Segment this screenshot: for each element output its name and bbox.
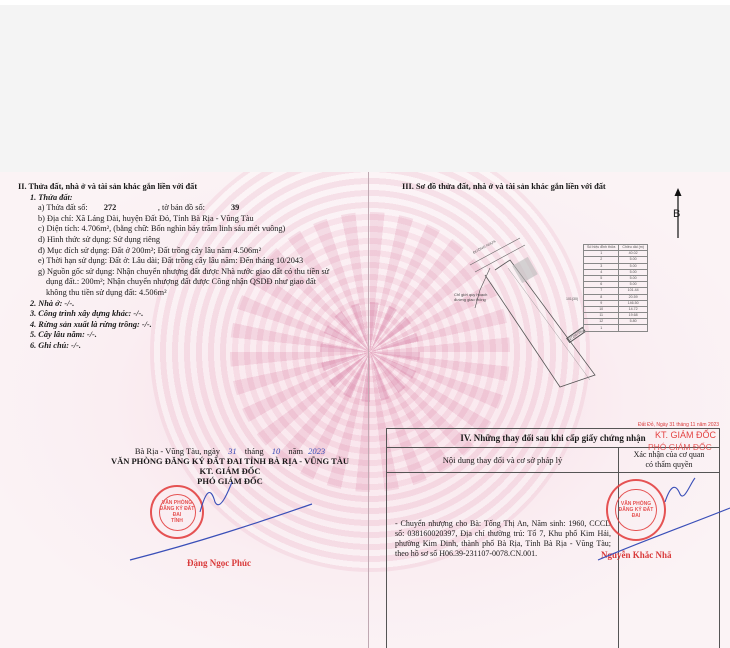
parcel-number: 272: [90, 203, 156, 214]
stamp-inner: VĂN PHÒNG ĐĂNG KÝ ĐẤT ĐAI TỈNH: [159, 494, 196, 531]
change-entry-cell: - Chuyển nhượng cho Bà: Tống Thị An, Năm…: [387, 473, 619, 648]
left-red-stamp: VĂN PHÒNG ĐĂNG KÝ ĐẤT ĐAI TỈNH: [150, 485, 204, 539]
origin-line-3: không thu tiền sử dụng đất: 4.506m²: [18, 288, 363, 299]
vertex-id: 1: [584, 325, 619, 331]
north-label: B: [673, 209, 680, 220]
month-label: tháng: [245, 446, 264, 456]
planning-note: Chỉ giới quy hoạch đường giao thông: [454, 292, 487, 302]
section-iii-title: III. Sơ đồ thửa đất, nhà ở và tài sản kh…: [402, 181, 606, 192]
col-confirmation-line: có thẩm quyền: [619, 460, 719, 470]
item-notes: 6. Ghi chú: -/-.: [18, 341, 363, 352]
date-prefix: Bà Rịa - Vũng Tàu, ngày: [135, 446, 220, 456]
right-role-deputy-director: PHÓ GIÁM ĐỐC: [648, 442, 712, 453]
adjacent-parcel-label: 101(30): [566, 294, 578, 305]
changes-table-body: - Chuyển nhượng cho Bà: Tống Thị An, Năm…: [387, 473, 719, 648]
origin-line-1: g) Nguồn gốc sử dụng: Nhận chuyển nhượng…: [18, 267, 363, 278]
date-year: 2023: [305, 446, 325, 456]
issue-date: Bà Rịa - Vũng Tàu, ngày 31 tháng 10 năm …: [80, 446, 380, 456]
table-header: Số hiệu đỉnh thửa: [584, 245, 619, 251]
boundary-length-table: Số hiệu đỉnh thửa Chiều dài (m) 140.0225…: [583, 244, 648, 332]
year-label: năm: [288, 446, 303, 456]
item-perennial-trees: 5. Cây lâu năm: -/-.: [18, 330, 363, 341]
item-house: 2. Nhà ở: -/-.: [18, 299, 363, 310]
item-forest: 4. Rừng sản xuất là rừng trồng: -/-.: [18, 320, 363, 331]
stamp-inner: VĂN PHÒNG ĐĂNG KÝ ĐẤT ĐAI: [615, 489, 656, 532]
table-row: 1: [584, 325, 648, 331]
change-entry-text: - Chuyển nhượng cho Bà: Tống Thị An, Năm…: [395, 519, 611, 559]
land-heading: 1. Thửa đất:: [18, 193, 363, 204]
right-signer-name: Nguyễn Khắc Nhã: [601, 550, 672, 560]
item-other-construction: 3. Công trình xây dựng khác: -/-.: [18, 309, 363, 320]
right-red-stamp: VĂN PHÒNG ĐĂNG KÝ ĐẤT ĐAI: [606, 479, 666, 541]
stamp-line: ĐĂNG KÝ ĐẤT ĐAI: [616, 507, 655, 519]
role-kt-director: KT. GIÁM ĐỐC: [80, 466, 380, 476]
area: c) Diện tích: 4.706m², (bằng chữ: Bốn ng…: [18, 224, 363, 235]
edge-length: [619, 325, 648, 331]
date-month: 10: [266, 446, 287, 456]
map-number: 39: [207, 203, 239, 212]
left-signature-block: Bà Rịa - Vũng Tàu, ngày 31 tháng 10 năm …: [80, 446, 380, 486]
top-strip: [0, 0, 730, 5]
parcel-row: a) Thửa đất số: 272 , tờ bản đồ số: 39: [18, 203, 363, 214]
right-role-kt-director: KT. GIÁM ĐỐC: [655, 430, 716, 441]
parcel-label: a) Thửa đất số:: [38, 203, 88, 212]
issuing-office: VĂN PHÒNG ĐĂNG KÝ ĐẤT ĐAI TỈNH BÀ RỊA - …: [80, 456, 380, 466]
changes-table: IV. Những thay đổi sau khi cấp giấy chứn…: [386, 428, 720, 648]
page-fold-divider: [368, 172, 369, 648]
role-deputy-director: PHÓ GIÁM ĐỐC: [80, 476, 380, 486]
date-day: 31: [222, 446, 243, 456]
col-change-content: Nội dung thay đổi và cơ sở pháp lý: [387, 448, 619, 472]
stamp-line: ĐĂNG KÝ ĐẤT ĐAI: [160, 506, 195, 518]
use-purpose: đ) Mục đích sử dụng: Đất ở 200m²; Đất tr…: [18, 246, 363, 257]
left-signer-name: Đặng Ngọc Phúc: [187, 558, 251, 568]
stamp-line: TỈNH: [171, 518, 183, 524]
address: b) Địa chỉ: Xã Láng Dài, huyện Đất Đỏ, T…: [18, 214, 363, 225]
planning-note-line: đường giao thông: [454, 297, 487, 302]
land-certificate-page: II. Thửa đất, nhà ở và tài sản khác gắn …: [0, 172, 730, 648]
use-term: e) Thời hạn sử dụng: Đất ở: Lâu dài; Đất…: [18, 256, 363, 267]
section-ii-title: II. Thửa đất, nhà ở và tài sản khác gắn …: [18, 182, 363, 193]
use-form: d) Hình thức sử dụng: Sử dụng riêng: [18, 235, 363, 246]
origin-line-2: dụng đất.: 200m²; Nhận chuyển nhượng đất…: [18, 277, 363, 288]
table-header: Chiều dài (m): [619, 245, 648, 251]
map-label: , tờ bản đồ số:: [158, 203, 205, 212]
section-ii: II. Thửa đất, nhà ở và tài sản khác gắn …: [18, 182, 363, 352]
